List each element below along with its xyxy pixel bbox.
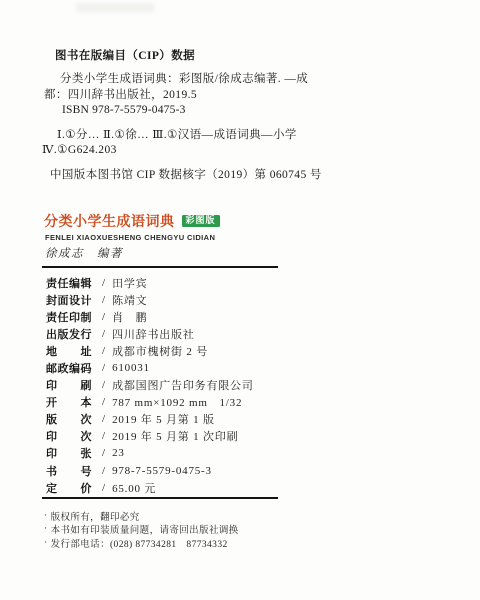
cip-description-line-1: 分类小学生成语词典：彩图版/徐成志编著. —成 (60, 70, 308, 86)
publication-row: 地 址 / 成都市槐树街 2 号 (46, 342, 426, 359)
publication-label: 出版发行 (46, 326, 98, 342)
publication-label: 书 号 (46, 463, 98, 479)
publication-label: 地 址 (46, 343, 98, 359)
slash-separator: / (102, 277, 105, 289)
publication-value: 787 mm×1092 mm 1/32 (112, 394, 242, 410)
color-edition-badge: 彩图版 (182, 215, 220, 228)
publication-row: 责任编辑 / 田学宾 (46, 274, 426, 291)
slash-separator: / (102, 482, 105, 494)
publication-label: 封面设计 (46, 292, 98, 308)
publication-value: 65.00 元 (112, 480, 156, 496)
slash-separator: / (102, 465, 105, 477)
slash-separator: / (102, 328, 105, 340)
slash-separator: / (102, 294, 105, 306)
divider-rule-bottom (42, 497, 278, 499)
publication-value: 成都市槐树街 2 号 (112, 343, 208, 359)
publication-label: 印 张 (46, 445, 98, 461)
publication-label: 印 刷 (46, 377, 98, 393)
bullet-dot: · (44, 524, 48, 534)
cip-classification-line-2: Ⅳ.①G624.203 (42, 142, 117, 156)
publication-value: 成都国图广告印务有限公司 (112, 377, 254, 393)
note-text: 发行部电话：(028) 87734281 87734332 (51, 536, 228, 550)
publication-row: 印 张 / 23 (46, 445, 426, 462)
bullet-dot: · (44, 511, 48, 521)
publication-value: 四川辞书出版社 (112, 326, 195, 342)
note-row: · 版权所有，翻印必究 (44, 509, 424, 523)
publication-row: 封面设计 / 陈靖文 (46, 291, 426, 308)
publication-value: 肖 鹏 (112, 309, 147, 325)
publication-label: 印 次 (46, 428, 98, 444)
slash-separator: / (102, 396, 105, 408)
publication-row: 版 次 / 2019 年 5 月第 1 版 (46, 411, 426, 428)
slash-separator: / (102, 345, 105, 357)
publication-row: 出版发行 / 四川辞书出版社 (46, 325, 426, 342)
slash-separator: / (102, 430, 105, 442)
slash-separator: / (102, 379, 105, 391)
publication-row: 责任印制 / 肖 鹏 (46, 308, 426, 325)
publication-row: 定 价 / 65.00 元 (46, 479, 426, 496)
book-title-pinyin: FENLEI XIAOXUESHENG CHENGYU CIDIAN (45, 233, 215, 242)
publication-label: 定 价 (46, 480, 98, 496)
slash-separator: / (102, 413, 105, 425)
publication-label: 责任印制 (46, 309, 98, 325)
publication-value: 2019 年 5 月第 1 版 (112, 411, 215, 427)
slash-separator: / (102, 311, 105, 323)
note-row: · 发行部电话：(028) 87734281 87734332 (44, 536, 424, 550)
note-text: 本书如有印装质量问题，请寄回出版社调换 (51, 522, 239, 536)
publication-row: 印 刷 / 成都国图广告印务有限公司 (46, 377, 426, 394)
publication-row: 书 号 / 978-7-5579-0475-3 (46, 462, 426, 479)
copyright-notes: · 版权所有，翻印必究 · 本书如有印装质量问题，请寄回出版社调换 · 发行部电… (44, 509, 424, 550)
publication-value: 2019 年 5 月第 1 次印刷 (112, 428, 238, 444)
publication-label: 邮政编码 (46, 360, 98, 376)
cip-classification-line-1: Ⅰ.①分… Ⅱ.①徐… Ⅲ.①汉语—成语词典—小学 (57, 126, 297, 142)
book-title: 分类小学生成语词典 (44, 211, 175, 231)
publication-value: 田学宾 (112, 275, 147, 291)
divider-rule-top (42, 266, 278, 268)
note-row: · 本书如有印装质量问题，请寄回出版社调换 (44, 523, 424, 537)
scan-bleed-artifact (76, 3, 154, 12)
cip-record-number: 中国版本图书馆 CIP 数据核字（2019）第 060745 号 (50, 166, 322, 182)
author-line: 徐成志 编著 (45, 245, 123, 261)
slash-separator: / (102, 362, 105, 374)
publication-row: 开 本 / 787 mm×1092 mm 1/32 (46, 394, 426, 411)
publication-value: 陈靖文 (112, 292, 147, 308)
publication-label: 版 次 (46, 411, 98, 427)
publication-value: 610031 (112, 362, 150, 374)
publication-row: 印 次 / 2019 年 5 月第 1 次印刷 (46, 428, 426, 445)
book-title-row: 分类小学生成语词典 彩图版 (44, 211, 220, 231)
slash-separator: / (102, 447, 105, 459)
cip-isbn: ISBN 978-7-5579-0475-3 (62, 104, 186, 116)
publication-value: 23 (112, 447, 125, 459)
cip-heading: 图书在版编目（CIP）数据 (55, 47, 195, 63)
copyright-page: 图书在版编目（CIP）数据 分类小学生成语词典：彩图版/徐成志编著. —成 都：… (0, 0, 480, 600)
publication-label: 开 本 (46, 394, 98, 410)
publication-details-list: 责任编辑 / 田学宾 封面设计 / 陈靖文 责任印制 / 肖 鹏 出版发行 / … (46, 274, 426, 496)
bullet-dot: · (44, 538, 48, 548)
cip-description-line-2: 都：四川辞书出版社，2019.5 (44, 86, 197, 102)
publication-label: 责任编辑 (46, 275, 98, 291)
publication-row: 邮政编码 / 610031 (46, 359, 426, 376)
note-text: 版权所有，翻印必究 (51, 509, 140, 523)
publication-value: 978-7-5579-0475-3 (112, 465, 212, 477)
